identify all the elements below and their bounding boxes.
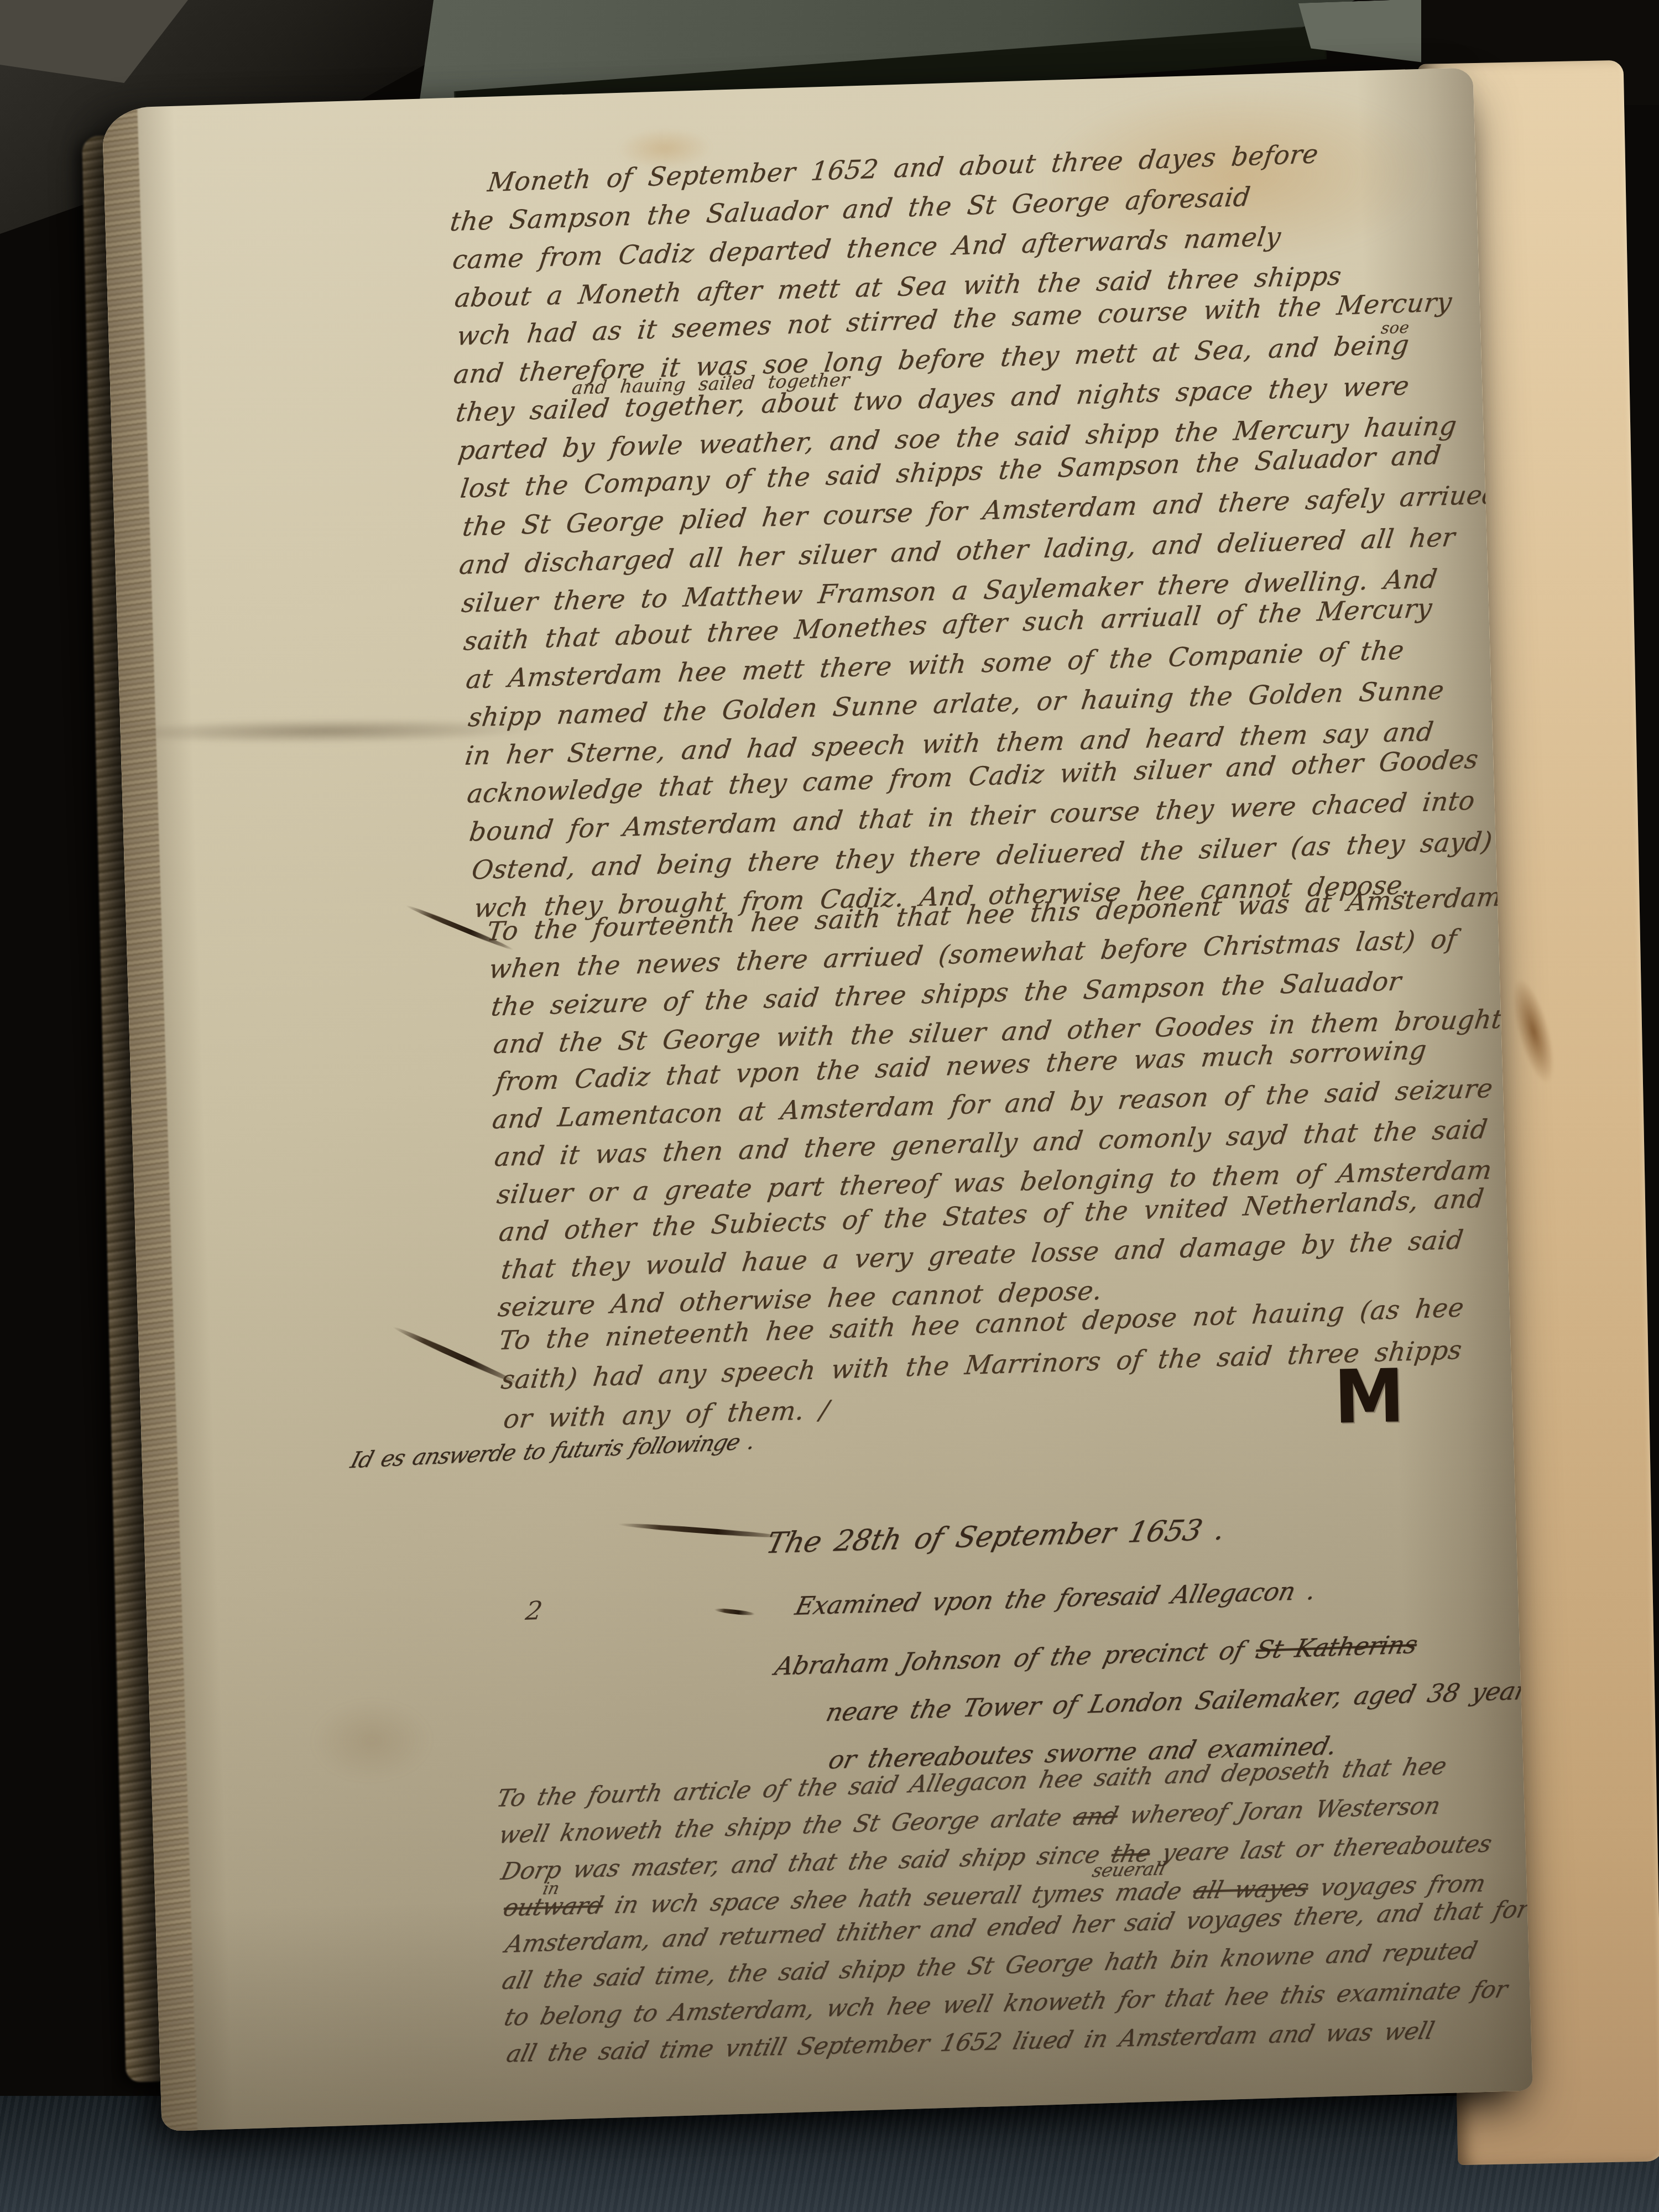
page-tear-mark <box>1505 975 1563 1087</box>
interlined-insertion: seuerall <box>1091 1859 1167 1880</box>
superscript-insertion: soe <box>1380 320 1411 337</box>
deposition-answer-19-line: or with any of them. / <box>502 1397 831 1432</box>
deponent-identification-line: Abraham Johnson of the precinct of St Ka… <box>773 1632 1420 1679</box>
handwritten-text-layer: Moneth of September 1652 and about three… <box>102 67 1532 2131</box>
monogram-m: M <box>1333 1360 1405 1435</box>
session-date: The 28th of September 1653 . <box>764 1515 1228 1558</box>
clerk-marginal-note: Id es answerde to futuris followinge . <box>348 1431 758 1472</box>
manuscript-page: Moneth of September 1652 and about three… <box>102 67 1532 2131</box>
examined-caption: Examined vpon the foresaid Allegacon . <box>793 1578 1318 1619</box>
deponent-identification-line: neare the Tower of London Sailemaker, ag… <box>824 1677 1533 1725</box>
manuscript-photograph: Moneth of September 1652 and about three… <box>0 0 1659 2212</box>
